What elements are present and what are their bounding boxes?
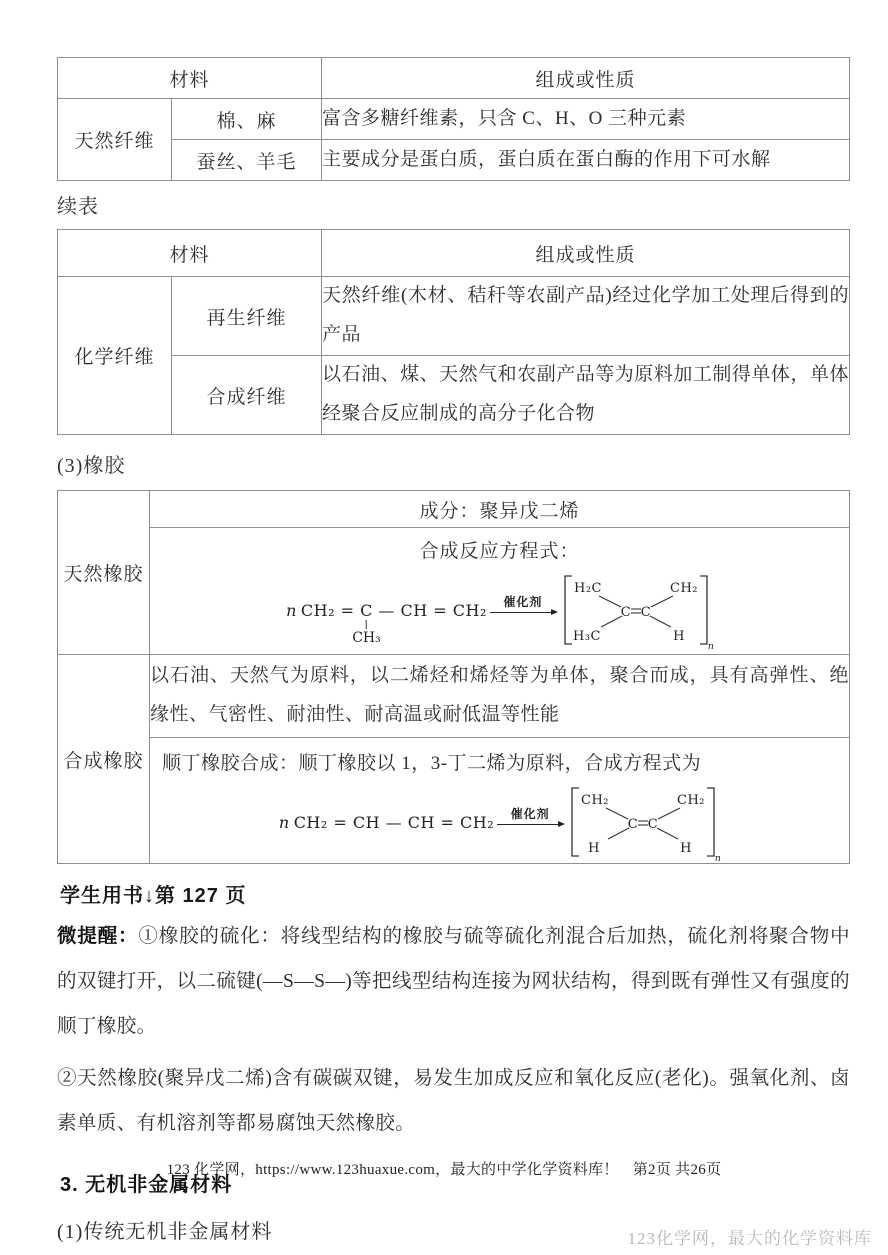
- catalyst-label: 催化剂: [503, 593, 542, 610]
- synthetic-rubber-equation-cell: 顺丁橡胶合成：顺丁橡胶以 1，3-丁二烯为原料，合成方程式为 nCH₂ = CH…: [150, 738, 850, 864]
- bond-tl: [606, 808, 628, 819]
- table-header-row: 材料 组成或性质: [58, 58, 850, 99]
- carbon-atom: C: [360, 601, 373, 620]
- polybutadiene-structure: CH₂ CH₂ H H C C n: [566, 781, 720, 863]
- arrow-line: [497, 824, 563, 825]
- table-row: 天然橡胶 成分：聚异戊二烯: [58, 491, 850, 528]
- product-tl: H₂C: [574, 581, 602, 596]
- header-property: 组成或性质: [322, 230, 850, 277]
- product-c-left: C: [628, 817, 638, 832]
- left-bracket: [565, 576, 572, 644]
- fiber-type: 棉、麻: [172, 99, 322, 140]
- table-row: 蚕丝、羊毛 主要成分是蛋白质，蛋白质在蛋白酶的作用下可水解: [58, 140, 850, 181]
- table-header-row: 材料 组成或性质: [58, 230, 850, 277]
- reminder-point-1: ①橡胶的硫化：将线型结构的橡胶与硫等硫化剂混合后加热，硫化剂将聚合物中的双键打开…: [57, 926, 850, 1037]
- coefficient-n: n: [279, 813, 290, 832]
- fiber-desc: 主要成分是蛋白质，蛋白质在蛋白酶的作用下可水解: [322, 140, 850, 181]
- rubber-section-heading: (3)橡胶: [57, 449, 850, 478]
- product-bl: H: [588, 841, 600, 856]
- footer-page-number: 第2页 共26页: [633, 1162, 722, 1178]
- table-row: 顺丁橡胶合成：顺丁橡胶以 1，3-丁二烯为原料，合成方程式为 nCH₂ = CH…: [58, 738, 850, 864]
- page-footer: 123 化学网，https://www.123huaxue.com，最大的中学化…: [0, 1158, 888, 1179]
- fiber-desc: 以石油、煤、天然气和农副产品等为原料加工制得单体，单体经聚合反应制成的高分子化合…: [322, 356, 850, 435]
- bond-tr: [658, 808, 680, 819]
- table-row: 合成纤维 以石油、煤、天然气和农副产品等为原料加工制得单体，单体经聚合反应制成的…: [58, 356, 850, 435]
- rubber-group-label-synthetic: 合成橡胶: [58, 655, 150, 864]
- reactant-formula: nCH₂ = CH — CH = CH₂: [279, 813, 494, 832]
- right-bracket: [707, 788, 714, 856]
- bond-tr: [651, 596, 673, 607]
- reactant-pre: CH₂ =: [301, 601, 360, 620]
- bond-tl: [599, 596, 621, 607]
- carbon-with-branch: CCH₃: [360, 601, 373, 620]
- natural-rubber-component: 成分：聚异戊二烯: [150, 491, 850, 528]
- footer-site-link[interactable]: 123 化学网，https://www.123huaxue.com，最大的中学化…: [167, 1162, 619, 1178]
- reactant-chain: CH₂ = CH — CH = CH₂: [294, 813, 494, 832]
- header-property: 组成或性质: [322, 58, 850, 99]
- fiber-type: 蚕丝、羊毛: [172, 140, 322, 181]
- fiber-type: 合成纤维: [172, 356, 322, 435]
- rubber-group-label-natural: 天然橡胶: [58, 491, 150, 655]
- fiber-desc: 天然纤维(木材、秸秆等农副产品)经过化学加工处理后得到的产品: [322, 277, 850, 356]
- product-c-right: C: [648, 817, 658, 832]
- product-tl: CH₂: [581, 793, 609, 808]
- methyl-branch: CH₃: [352, 620, 381, 645]
- chemical-fiber-table: 材料 组成或性质 化学纤维 再生纤维 天然纤维(木材、秸秆等农副产品)经过化学加…: [57, 229, 850, 435]
- isoprene-polymerization-equation: nCH₂ = CCH₃ — CH = CH₂ 催化剂: [150, 569, 849, 651]
- rubber-table: 天然橡胶 成分：聚异戊二烯 合成反应方程式： nCH₂ = CCH₃ — CH …: [57, 490, 850, 864]
- table-row: 化学纤维 再生纤维 天然纤维(木材、秸秆等农副产品)经过化学加工处理后得到的产品: [58, 277, 850, 356]
- catalyst-label: 催化剂: [511, 805, 550, 822]
- repeat-subscript: n: [715, 853, 722, 864]
- reminder-paragraph-1: 微提醒：①橡胶的硫化：将线型结构的橡胶与硫等硫化剂混合后加热，硫化剂将聚合物中的…: [57, 914, 850, 1050]
- student-book-note: 学生用书↓第 127 页: [60, 879, 850, 908]
- table-row: 天然纤维 棉、麻 富含多糖纤维素，只含 C、H、O 三种元素: [58, 99, 850, 140]
- bond-bl: [601, 616, 622, 627]
- repeat-subscript: n: [708, 641, 715, 652]
- reminder-paragraph-2: ②天然橡胶(聚异戊二烯)含有碳碳双键，易发生加成反应和氧化反应(老化)。强氧化剂…: [57, 1056, 850, 1146]
- vertical-bond: [366, 620, 367, 629]
- continued-table-label: 续表: [57, 190, 850, 219]
- natural-fiber-table: 材料 组成或性质 天然纤维 棉、麻 富含多糖纤维素，只含 C、H、O 三种元素 …: [57, 57, 850, 181]
- reactant-formula: nCH₂ = CCH₃ — CH = CH₂: [286, 601, 487, 620]
- fiber-group-label: 天然纤维: [58, 99, 172, 181]
- page-content: 材料 组成或性质 天然纤维 棉、麻 富含多糖纤维素，只含 C、H、O 三种元素 …: [0, 0, 888, 1244]
- natural-rubber-equation-cell: 合成反应方程式： nCH₂ = CCH₃ — CH = CH₂ 催化剂: [150, 528, 850, 655]
- coefficient-n: n: [286, 601, 297, 620]
- polyisoprene-structure: H₂C CH₂ H₃C H C C n: [559, 569, 713, 651]
- header-material: 材料: [58, 58, 322, 99]
- document-page: 材料 组成或性质 天然纤维 棉、麻 富含多糖纤维素，只含 C、H、O 三种元素 …: [0, 0, 888, 1255]
- product-br: H: [680, 841, 692, 856]
- product-c-right: C: [641, 605, 651, 620]
- watermark-text: 123化学网，最大的化学资料库: [628, 1224, 873, 1249]
- equation-title: 合成反应方程式：: [150, 536, 849, 563]
- bond-bl: [608, 828, 629, 839]
- product-br: H: [673, 629, 685, 644]
- arrow-line: [490, 612, 556, 613]
- butadiene-polymerization-equation: nCH₂ = CH — CH = CH₂ 催化剂: [150, 781, 849, 863]
- reactant-post: — CH = CH₂: [373, 601, 487, 620]
- reaction-arrow: 催化剂: [490, 593, 556, 613]
- bond-br: [650, 616, 671, 627]
- synthetic-rubber-desc: 以石油、天然气为原料，以二烯烃和烯烃等为单体，聚合而成，具有高弹性、绝缘性、气密…: [150, 655, 850, 738]
- product-c-left: C: [621, 605, 631, 620]
- reminder-point-2: ②天然橡胶(聚异戊二烯)含有碳碳双键，易发生加成反应和氧化反应(老化)。强氧化剂…: [57, 1068, 850, 1134]
- product-tr: CH₂: [677, 793, 705, 808]
- reaction-arrow: 催化剂: [497, 805, 563, 825]
- right-bracket: [700, 576, 707, 644]
- table-row: 合成反应方程式： nCH₂ = CCH₃ — CH = CH₂ 催化剂: [58, 528, 850, 655]
- reminder-label: 微提醒：: [57, 925, 138, 947]
- header-material: 材料: [58, 230, 322, 277]
- product-bl: H₃C: [573, 629, 601, 644]
- fiber-group-label: 化学纤维: [58, 277, 172, 435]
- product-tr: CH₂: [670, 581, 698, 596]
- table-row: 合成橡胶 以石油、天然气为原料，以二烯烃和烯烃等为单体，聚合而成，具有高弹性、绝…: [58, 655, 850, 738]
- fiber-desc: 富含多糖纤维素，只含 C、H、O 三种元素: [322, 99, 850, 140]
- fiber-type: 再生纤维: [172, 277, 322, 356]
- branch-label: CH₃: [352, 631, 381, 645]
- bond-br: [657, 828, 678, 839]
- synthesis-intro: 顺丁橡胶合成：顺丁橡胶以 1，3-丁二烯为原料，合成方程式为: [150, 738, 849, 775]
- left-bracket: [572, 788, 579, 856]
